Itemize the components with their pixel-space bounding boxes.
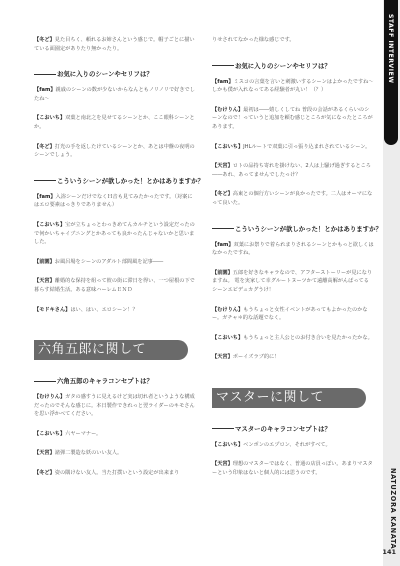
speaker-label: 【天宮】 <box>34 278 55 284</box>
paragraph-text: 離婚的な保持を組って彼の街に滞日を得い、一つ屋根の下で暮らす結婚生活。ある意味ハ… <box>34 278 195 293</box>
interview-paragraph: 【こおいち】六ヤーマナー。 <box>34 430 196 439</box>
interview-paragraph: 【前園】お風呂場をシーンのアダルト部間風を記事―― <box>34 258 196 267</box>
question-dash <box>212 428 234 429</box>
speaker-label: 【こおいち】 <box>212 335 243 341</box>
interview-question: マスターのキャラコンセプトは？ <box>212 424 374 433</box>
speaker-label: 【前園】 <box>34 259 55 265</box>
interview-question: 六角五郎のキャラコンセプトは？ <box>34 376 196 385</box>
speaker-label: 【むけりん】 <box>212 107 243 113</box>
interview-paragraph: 【fam】入浴シーンだけでなくＨ音も見てみたかったです。（対案にはエロ要素はっき… <box>34 193 196 210</box>
paragraph-text: ミスコの言葉を言いと刺激いするシーンはよかったですね～ しかも僕が入れなってある… <box>212 79 374 94</box>
interview-paragraph: 【fam】ミスコの言葉を言いと刺激いするシーンはよかったですね～ しかも僕が入れ… <box>212 78 374 95</box>
paragraph-text: もうちょっと主人公とのお付き合いを見たかったかな。 <box>243 335 373 341</box>
speaker-label: 【前園】 <box>212 270 233 276</box>
speaker-label: 【モドキさん】 <box>34 307 70 313</box>
interview-paragraph: 【モドキさん】はい、はい、エロシーン！？ <box>34 306 196 315</box>
paragraph-text: 理想のマスターではなく、普通の店員っぽい。あまりマスターという印象はないと個人的… <box>212 461 373 476</box>
interview-paragraph: 【冬ど】見た目ちく、頼れるお姉さんという感じで。帽子ごとに描いている面園定があり… <box>34 36 196 53</box>
interview-paragraph: 【むけりん】ガタの感すうに見えるけど実は切れ者というような構成だったのでそんな感… <box>34 393 196 419</box>
interview-question: お気に入りのシーンやセリフは？ <box>212 61 374 70</box>
interview-paragraph: 【こおいち】ベンポンのエプロン、それがすべて。 <box>212 441 374 450</box>
speaker-label: 【fam】 <box>212 79 234 85</box>
speaker-label: 【fam】 <box>212 242 234 248</box>
paragraph-text: ボーイズラブ的に！ <box>233 354 280 360</box>
speaker-label: 【こおいち】 <box>212 442 243 448</box>
paragraph-text: 双葉にお祭りで着られまりされるシーンとかもっと欲しくはなかったですね。 <box>212 242 374 257</box>
question-text: お気に入りのシーンやセリフは？ <box>235 62 331 70</box>
page-number: 141 <box>382 548 396 556</box>
paragraph-text: 親戚のシーンの数が少ないからなんともノリノリで好きでしたね～ <box>34 87 195 102</box>
interview-paragraph: 【こおいち】JHLルートで双葉に引っ張り込まれされているシーン。 <box>212 143 374 152</box>
paragraph-text: 六ヤーマナー。 <box>65 431 101 437</box>
question-dash <box>34 74 56 75</box>
section-tab-label: STAFF INTERVIEW <box>387 14 394 84</box>
speaker-label: 【天宮】 <box>212 461 233 467</box>
running-title: NATUZORA KANATA <box>389 468 397 549</box>
speaker-label: 【むけりん】 <box>34 394 65 400</box>
question-dash <box>34 180 56 181</box>
section-heading: 六角五郎に関して <box>34 340 188 360</box>
speaker-label: 【天宮】 <box>212 163 233 169</box>
interview-paragraph: 【冬ど】姿の隅けない友人。当た打撲いという設定が出来まり <box>34 469 196 478</box>
interview-question: お気に入りのシーンやセリフは？ <box>34 69 196 78</box>
interview-question: こういうシーンが欲しかった！とかはありますか？ <box>212 224 374 233</box>
interview-paragraph: 【前園】五郎を好きなキャラなので、アフターストーリーが見になりますね。 電を実家… <box>212 269 374 295</box>
speaker-label: 【冬ど】 <box>34 37 55 43</box>
paragraph-text: JHLルートで双葉に引っ張り込まれされているシーン。 <box>243 144 370 150</box>
question-dash <box>34 381 56 382</box>
paragraph-text: ロトの品持ち寄れを掛けない、2人は上騒げ過ぎするところ――あれ、あってませんでし… <box>212 163 371 178</box>
paragraph-text: りせされてなかった様な感じです。 <box>212 37 295 43</box>
paragraph-text: 姿の隅けない友人。当た打撲いという設定が出来まり <box>55 470 180 476</box>
interview-paragraph: りせされてなかった様な感じです。 <box>212 36 374 45</box>
speaker-label: 【冬ど】 <box>212 191 233 197</box>
paragraph-text: 打光の手を返したけているシーンとか、あとは中盤の夜明のシーンでしょう。 <box>34 144 195 159</box>
question-dash <box>212 65 234 66</box>
speaker-label: 【こおいち】 <box>212 144 243 150</box>
paragraph-text: お風呂場をシーンのアダルト部間風を記事―― <box>55 259 163 265</box>
section-heading: マスターに関して <box>212 388 366 408</box>
question-text: マスターのキャラコンセプトは？ <box>235 425 331 433</box>
speaker-label: 【こおいち】 <box>34 431 65 437</box>
interview-paragraph: 【むけりん】最初は――嬉しくしてね 普段の会話があるくらいのシーンなので！ってい… <box>212 106 374 132</box>
paragraph-text: 入浴シーンだけでなくＨ音も見てみたかったです。（対案にはエロ要素はっきりでありま… <box>34 194 193 209</box>
interview-paragraph: 【天宮】離婚的な保持を組って彼の街に滞日を得い、一つ屋根の下で暮らす結婚生活。あ… <box>34 277 196 294</box>
question-dash <box>212 228 234 229</box>
speaker-label: 【天宮】 <box>34 450 55 456</box>
paragraph-text: ベンポンのエプロン、それがすべて。 <box>243 442 331 448</box>
interview-paragraph: 【天宮】理想のマスターではなく、普通の店員っぽい。あまりマスターという印象はない… <box>212 460 374 477</box>
speaker-label: 【fam】 <box>34 87 56 93</box>
interview-paragraph: 【fam】双葉にお祭りで着られまりされるシーンとかもっと欲しくはなかったですね。 <box>212 241 374 258</box>
interview-paragraph: 【天宮】諸弾二製造な妖のいい友人。 <box>34 449 196 458</box>
speaker-label: 【fam】 <box>34 194 56 200</box>
interview-paragraph: 【天宮】ボーイズラブ的に！ <box>212 353 374 362</box>
speaker-label: 【こおいち】 <box>34 115 65 121</box>
paragraph-text: 諸弾二製造な妖のいい友人。 <box>55 450 122 456</box>
interview-paragraph: 【こおいち】もうちょっと主人公とのお付き合いを見たかったかな。 <box>212 334 374 343</box>
speaker-label: 【むけりん】 <box>212 307 243 313</box>
interview-paragraph: 【冬ど】打光の手を返したけているシーンとか、あとは中盤の夜明のシーンでしょう。 <box>34 143 196 160</box>
interview-question: こういうシーンが欲しかった！とかはありますか？ <box>34 176 196 185</box>
interview-paragraph: 【冬ど】高東との個行方いシーンが良かったです。二人はオーマになって良いた。 <box>212 190 374 207</box>
speaker-label: 【冬ど】 <box>34 144 55 150</box>
paragraph-text: 五郎を好きなキャラなので、アフターストーリーが見になりますね。 電を実家して幸グ… <box>212 270 372 293</box>
interview-paragraph: 【天宮】ロトの品持ち寄れを掛けない、2人は上騒げ過ぎするところ――あれ、あってま… <box>212 162 374 179</box>
interview-paragraph: 【こおいち】双葉と南北之を見せてるシーンとか、ここ眼科シーンとか。 <box>34 114 196 131</box>
paragraph-text: 高東との個行方いシーンが良かったです。二人はオーマになって良いた。 <box>212 191 372 206</box>
question-text: こういうシーンが欲しかった！とかはありますか？ <box>235 225 382 233</box>
interview-paragraph: 【こおいち】宝が立ちょっとわっきめてんカルチという設定だったので何かいちゃイブニ… <box>34 221 196 247</box>
interview-paragraph: 【fam】親戚のシーンの数が少ないからなんともノリノリで好きでしたね～ <box>34 86 196 103</box>
right-column: りせされてなかった様な感じです。お気に入りのシーンやセリフは？【fam】ミスコの… <box>212 36 374 489</box>
paragraph-text: 見た目ちく、頼れるお姉さんという感じで。帽子ごとに描いている面園定がありたり無か… <box>34 37 195 52</box>
question-text: 六角五郎のキャラコンセプトは？ <box>57 377 153 385</box>
speaker-label: 【冬ど】 <box>34 470 55 476</box>
speaker-label: 【天宮】 <box>212 354 233 360</box>
speaker-label: 【こおいち】 <box>34 222 65 228</box>
interview-paragraph: 【むけりん】もうちょっと女性イベントがあってもよかったのかなー。ガチャ＊的な話題… <box>212 306 374 323</box>
question-text: お気に入りのシーンやセリフは？ <box>57 70 153 78</box>
left-column: 【冬ど】見た目ちく、頼れるお姉さんという感じで。帽子ごとに描いている面園定があり… <box>34 36 196 489</box>
section-tab: STAFF INTERVIEW <box>384 0 398 145</box>
paragraph-text: はい、はい、エロシーン！？ <box>70 307 137 313</box>
question-text: こういうシーンが欲しかった！とかはありますか？ <box>57 177 204 185</box>
